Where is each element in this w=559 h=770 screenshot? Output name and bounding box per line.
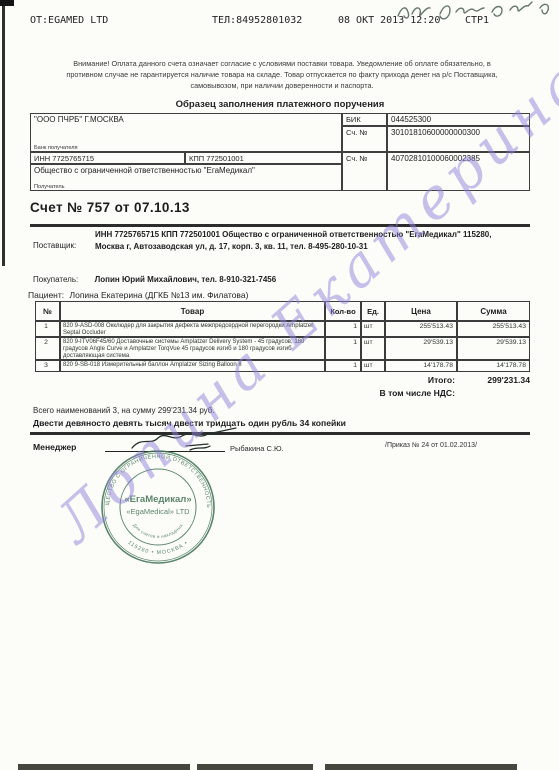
svg-text:ОБЩЕСТВО С ОГРАНИЧЕННОЙ ОТВЕТС: ОБЩЕСТВО С ОГРАНИЧЕННОЙ ОТВЕТСТВЕННОСТЬЮ [98,447,211,508]
scan-edge-bottom-band-1 [18,764,190,770]
bik-label: БИК [346,115,361,124]
patient-value: Лопина Екатерина (ДГКБ №13 им. Филатова) [70,290,249,300]
row3-name: 820 9-SB-018 Измерительный баллон Amplat… [60,360,325,372]
signature-line [105,441,225,452]
row2-name: 820 9-ITV06F45/60 Доставочные системы Am… [60,337,325,360]
row1-qty: 1 [325,321,361,337]
scan-edge-bottom-band-3 [325,764,517,770]
row2-num: 2 [35,337,60,360]
bik-label-cell: БИК [342,113,387,126]
account-label: Сч. № [346,154,367,163]
account-label-cell: Сч. № [342,152,387,191]
col-header-qty: Кол-во [325,301,361,321]
account-value: 40702810100060002385 [391,154,480,163]
row2-unit: шт [361,337,385,360]
row3-sum: 14'178.78 [457,360,530,372]
stamp-ring-bottom-text: 115280 • МОСКВА • [126,540,189,556]
corr-account-value: 30101810600000000300 [391,128,480,137]
col-header-price: Цена [385,301,457,321]
company-stamp: ОБЩЕСТВО С ОГРАНИЧЕННОЙ ОТВЕТСТВЕННОСТЬЮ… [98,447,218,567]
payment-sample-title: Образец заполнения платежного поручения [30,99,530,110]
payment-notice: Внимание! Оплата данного счета означает … [58,59,506,92]
bank-name: "ООО ПЧРБ" Г.МОСКВА [34,115,124,124]
order-reference: /Приказ № 24 от 01.02.2013/ [385,442,477,449]
fax-datetime: 08 ОКТ 2013 12:20 [338,15,440,26]
patient-row: Пациент: Лопина Екатерина (ДГКБ №13 им. … [28,290,248,300]
row2-qty: 1 [325,337,361,360]
row1-name: 820 9-ASD-008 Окклюдер для закрытия дефе… [60,321,325,337]
col-header-num: № [35,301,60,321]
row2-price: 29'539.13 [385,337,457,360]
bik-value: 044525300 [391,115,431,124]
items-table: № Товар Кол-во Ед. Цена Сумма 1 820 9-AS… [35,301,530,372]
items-count-line: Всего наименований 3, на сумму 299'231.3… [33,406,215,415]
supplier-value: ИНН 7725765715 КПП 772501001 Общество с … [95,229,520,252]
recipient-cell: Общество с ограниченной ответственностью… [30,164,342,191]
row2-sum: 29'539.13 [457,337,530,360]
patient-label: Пациент: [28,290,64,300]
bank-name-label: Банк получателя [34,145,78,151]
stamp-center-line1: «ЕгаМедикал» [124,494,191,505]
inn-value: ИНН 7725765715 [34,154,94,163]
total-value: 299'231.34 [455,375,530,385]
recipient-label: Получатель [34,184,65,190]
total-label: Итого: [330,375,455,385]
row1-unit: шт [361,321,385,337]
inn-cell: ИНН 7725765715 [30,152,185,164]
recipient-company: Общество с ограниченной ответственностью… [34,166,255,175]
scan-edge-bottom-band-2 [197,764,313,770]
signature-name: Рыбакина С.Ю. [230,444,284,453]
fax-page-number: СТР1 [465,15,489,26]
corr-account-value-cell: 30101810600000000300 [387,126,530,152]
vat-label: В том числе НДС: [300,388,455,398]
row3-num: 3 [35,360,60,372]
kpp-cell: КПП 772501001 [185,152,342,164]
divider-top [30,224,530,227]
stamp-ring-top-text: ОБЩЕСТВО С ОГРАНИЧЕННОЙ ОТВЕТСТВЕННОСТЬЮ [98,447,211,508]
corr-account-label: Сч. № [346,128,367,137]
bik-value-cell: 044525300 [387,113,530,126]
row3-unit: шт [361,360,385,372]
buyer-row: Покупатель: Лопин Юрий Михайлович, тел. … [33,269,276,287]
corr-account-label-cell: Сч. № [342,126,387,152]
buyer-label: Покупатель: [33,275,78,284]
row1-sum: 255'513.43 [457,321,530,337]
scan-edge-left-line [2,0,5,266]
buyer-value: Лопин Юрий Михайлович, тел. 8-910-321-74… [95,275,277,284]
manager-label: Менеджер [33,442,76,452]
row1-price: 255'513.43 [385,321,457,337]
row1-num: 1 [35,321,60,337]
bank-name-cell: "ООО ПЧРБ" Г.МОСКВА Банк получателя [30,113,342,152]
bank-requisites-table: "ООО ПЧРБ" Г.МОСКВА Банк получателя ИНН … [30,113,530,191]
row3-qty: 1 [325,360,361,372]
divider-bottom [30,432,530,435]
svg-text:Для счетов и накладных: Для счетов и накладных [132,522,184,539]
fax-tel: ТЕЛ:84952801032 [212,15,302,26]
col-header-name: Товар [60,301,325,321]
svg-text:115280 • МОСКВА •: 115280 • МОСКВА • [126,540,189,556]
kpp-value: КПП 772501001 [189,154,244,163]
col-header-unit: Ед. [361,301,385,321]
fax-from: ОТ:EGAMED LTD [30,15,108,26]
invoice-title: Счет № 757 от 07.10.13 [30,200,190,215]
col-header-sum: Сумма [457,301,530,321]
supplier-label: Поставщик: [33,241,76,250]
amount-in-words: Двести девяносто девять тысяч двести три… [33,418,346,428]
stamp-center-line2: «EgaMedical» LTD [126,507,190,516]
stamp-inner-bottom-text: Для счетов и накладных [132,522,184,539]
scan-edge-corner-block [0,0,14,6]
scanned-invoice-page: ОТ:EGAMED LTD ТЕЛ:84952801032 08 ОКТ 201… [0,0,559,770]
row3-price: 14'178.78 [385,360,457,372]
account-value-cell: 40702810100060002385 [387,152,530,191]
